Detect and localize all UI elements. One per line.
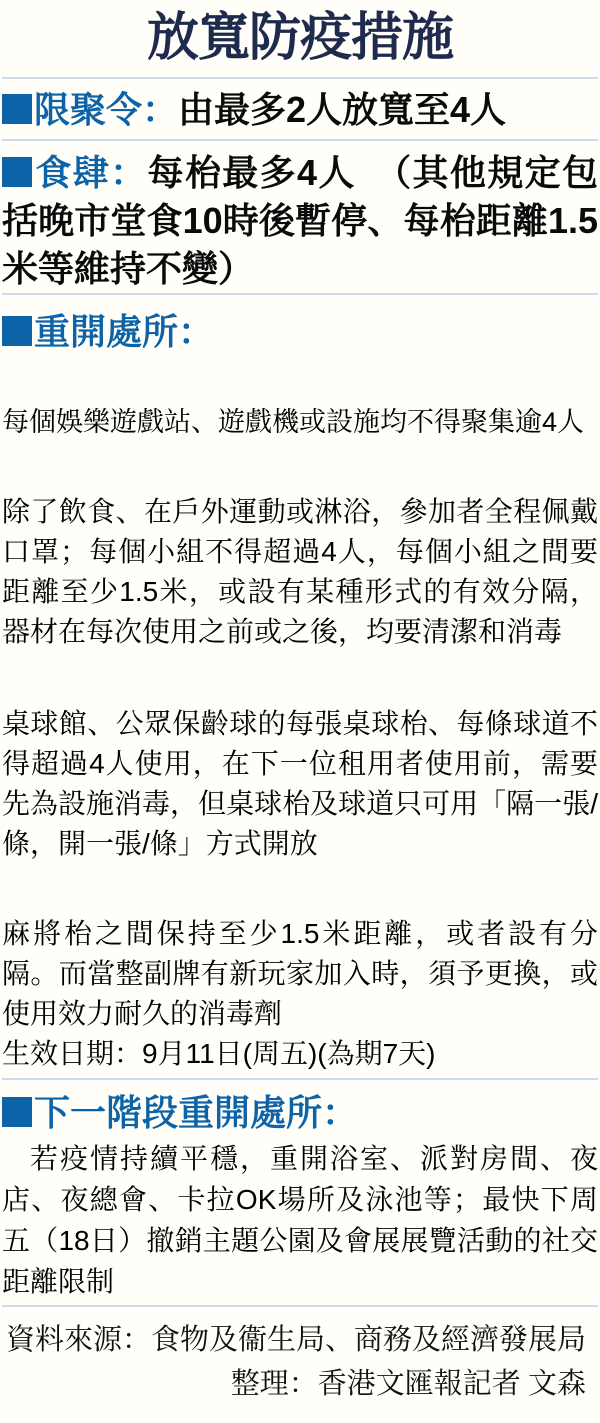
section-bullet-icon bbox=[2, 316, 32, 346]
separator-line bbox=[2, 1305, 598, 1307]
credit-line: 整理：香港文匯報記者 文森 bbox=[2, 1362, 586, 1406]
section-gathering-label: 限聚令： bbox=[34, 89, 178, 130]
separator-line bbox=[2, 77, 598, 79]
separator-line bbox=[2, 293, 598, 295]
section-dining-label: 食肆： bbox=[34, 152, 148, 193]
source-line: 資料來源：食物及衞生局、商務及經濟發展局 bbox=[2, 1318, 586, 1362]
page-title: 放寬防疫措施 bbox=[2, 6, 598, 72]
reopen-paragraph-billiards-bowling: 桌球館、公眾保齡球的每張桌球枱、每條球道不得超過4人使用，在下一位租用者使用前，… bbox=[2, 704, 598, 864]
reopen-paragraph-masks-groups: 除了飲食、在戶外運動或淋浴，參加者全程佩戴口罩；每個小組不得超過4人，每個小組之… bbox=[2, 492, 598, 652]
section-bullet-icon bbox=[2, 157, 32, 187]
section-reopen-heading: 重開處所： bbox=[2, 308, 598, 356]
separator-line bbox=[2, 139, 598, 141]
section-bullet-icon bbox=[2, 94, 32, 124]
reopen-paragraph-mahjong: 麻將枱之間保持至少1.5米距離，或者設有分隔。而當整副牌有新玩家加入時，須予更換… bbox=[2, 914, 598, 1034]
next-stage-paragraph: 若疫情持續平穩，重開浴室、派對房間、夜店、夜總會、卡拉OK場所及泳池等；最快下周… bbox=[2, 1138, 598, 1302]
section-next-stage-label: 下一階段重開處所： bbox=[34, 1092, 358, 1133]
section-dining-heading: 食肆：每枱最多4人 （其他規定包括晚市堂食10時後暫停、每枱距離1.5米等維持不… bbox=[2, 149, 598, 293]
section-gathering-heading: 限聚令：由最多2人放寬至4人 bbox=[2, 86, 598, 134]
section-reopen-label: 重開處所： bbox=[34, 311, 214, 352]
section-bullet-icon bbox=[2, 1097, 32, 1127]
infographic-page: 放寬防疫措施 限聚令：由最多2人放寬至4人 食肆：每枱最多4人 （其他規定包括晚… bbox=[0, 0, 600, 1423]
footer-credits: 資料來源：食物及衞生局、商務及經濟發展局 整理：香港文匯報記者 文森 bbox=[2, 1318, 598, 1406]
section-next-stage-heading: 下一階段重開處所： bbox=[2, 1089, 598, 1137]
reopen-paragraph-game-stations: 每個娛樂遊戲站、遊戲機或設施均不得聚集逾4人 bbox=[2, 402, 598, 442]
effective-date-line: 生效日期：9月11日(周五)(為期7天) bbox=[2, 1034, 598, 1074]
separator-line bbox=[2, 1078, 598, 1080]
section-gathering-text: 由最多2人放寬至4人 bbox=[178, 89, 506, 130]
